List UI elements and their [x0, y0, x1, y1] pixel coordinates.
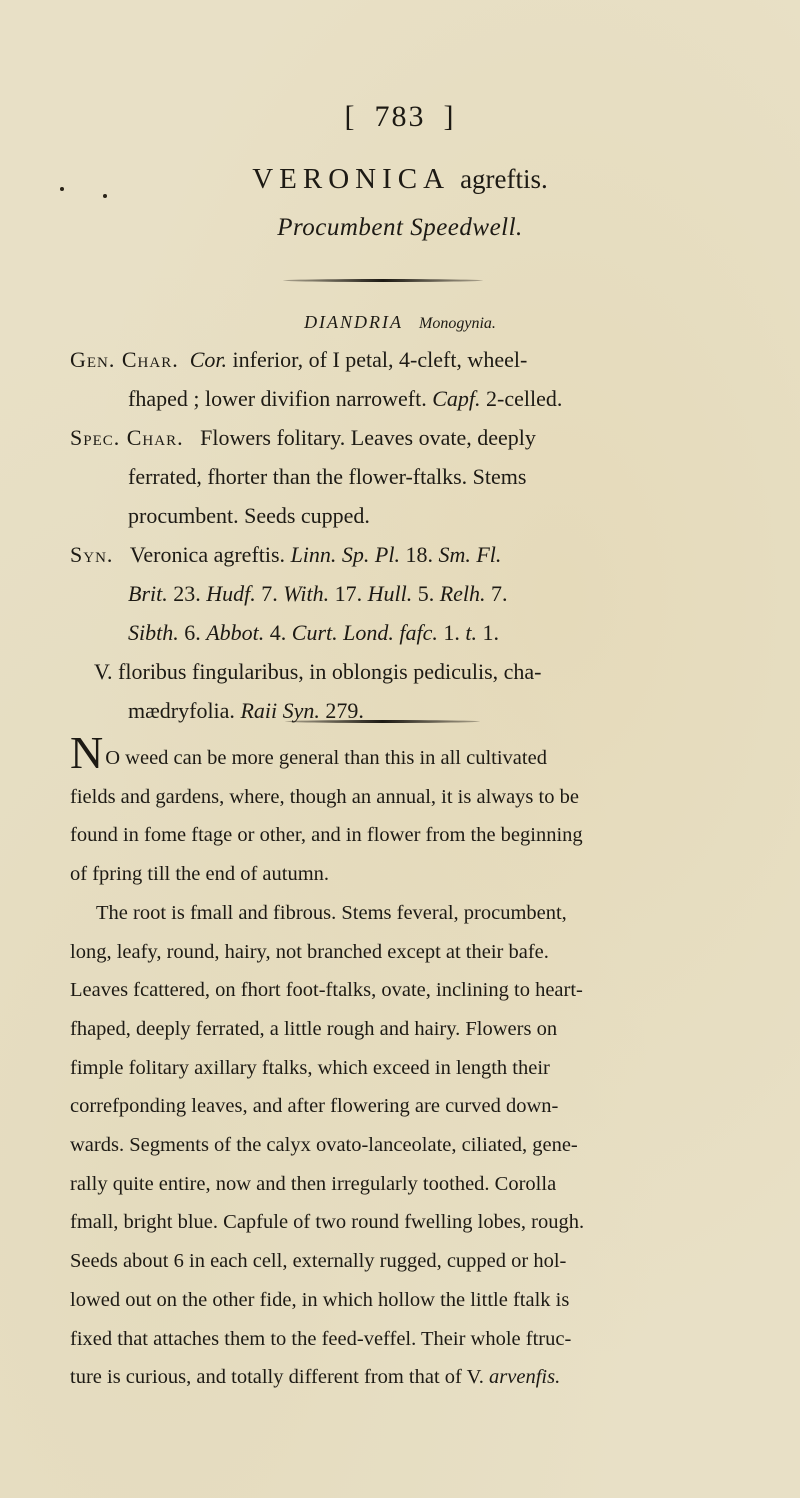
spec-char-line-2: ferrated, fhorter than the flower-ftalks… [70, 457, 710, 496]
paragraph-2-line: The root is fmall and fibrous. Stems fev… [70, 894, 710, 933]
page-number: [783] [0, 100, 800, 134]
paragraph-2-line: fimple folitary axillary ftalks, which e… [70, 1049, 710, 1088]
species-title: VERONICAagreftis. [0, 163, 800, 196]
characters-block: Gen. Char. Cor. inferior, of I petal, 4-… [70, 340, 710, 730]
ray-synonym-line-2: mædryfolia. Raii Syn. 279. [70, 691, 710, 730]
book-page: [783] VERONICAagreftis. Procumbent Speed… [0, 0, 800, 1498]
syn-line-3: Sibth. 6. Abbot. 4. Curt. Lond. fafc. 1.… [70, 613, 710, 652]
description-text: NO weed can be more general than this in… [70, 738, 710, 1397]
paragraph-2-line: Seeds about 6 in each cell, externally r… [70, 1242, 710, 1281]
gen-char-line-2: fhaped ; lower divifion narroweft. Capf.… [70, 379, 710, 418]
bracket-open: [ [345, 100, 357, 134]
spec-char-label: Spec. Char. [70, 425, 184, 450]
paragraph-2-line: long, leafy, round, hairy, not branched … [70, 933, 710, 972]
paragraph-2-line: lowed out on the other fide, in which ho… [70, 1281, 710, 1320]
paragraph-2-line: fixed that attaches them to the feed-vef… [70, 1320, 710, 1359]
paragraph-2-line: rally quite entire, now and then irregul… [70, 1165, 710, 1204]
paragraph-1-line: fields and gardens, where, though an ann… [70, 778, 710, 817]
gen-char-line-1: Gen. Char. Cor. inferior, of I petal, 4-… [70, 340, 710, 379]
page-number-value: 783 [375, 100, 426, 133]
paragraph-2-line: fhaped, deeply ferrated, a little rough … [70, 1010, 710, 1049]
divider-rule [285, 720, 480, 723]
spec-char-line-1: Spec. Char. Flowers folitary. Leaves ova… [70, 418, 710, 457]
class-name: DIANDRIA [304, 312, 403, 332]
linnaean-classification: DIANDRIAMonogynia. [0, 312, 800, 333]
order-name: Monogynia. [419, 315, 496, 332]
genus-name: VERONICA [252, 163, 450, 195]
paragraph-1-line: of fpring till the end of autumn. [70, 855, 710, 894]
paragraph-2-line: wards. Segments of the calyx ovato-lance… [70, 1126, 710, 1165]
drop-cap: N [70, 727, 103, 778]
syn-label: Syn. [70, 542, 113, 567]
ray-synonym-line-1: V. floribus fingularibus, in oblongis pe… [70, 652, 710, 691]
gen-char-label: Gen. Char. [70, 347, 179, 372]
paragraph-1-line: NO weed can be more general than this in… [70, 738, 710, 778]
divider-rule [283, 279, 483, 282]
syn-line-2: Brit. 23. Hudf. 7. With. 17. Hull. 5. Re… [70, 574, 710, 613]
paragraph-1-line: found in fome ftage or other, and in flo… [70, 816, 710, 855]
paragraph-2-line: Leaves fcattered, on fhort foot-ftalks, … [70, 971, 710, 1010]
paragraph-2-line: correfponding leaves, and after flowerin… [70, 1087, 710, 1126]
common-name: Procumbent Speedwell. [0, 214, 800, 242]
bracket-close: ] [444, 100, 456, 134]
syn-line-1: Syn. Veronica agreftis. Linn. Sp. Pl. 18… [70, 535, 710, 574]
paragraph-2-line: fmall, bright blue. Capfule of two round… [70, 1203, 710, 1242]
paragraph-2-last-line: ture is curious, and totally different f… [70, 1358, 710, 1397]
spec-char-line-3: procumbent. Seeds cupped. [70, 496, 710, 535]
species-name: agreftis. [460, 164, 548, 194]
